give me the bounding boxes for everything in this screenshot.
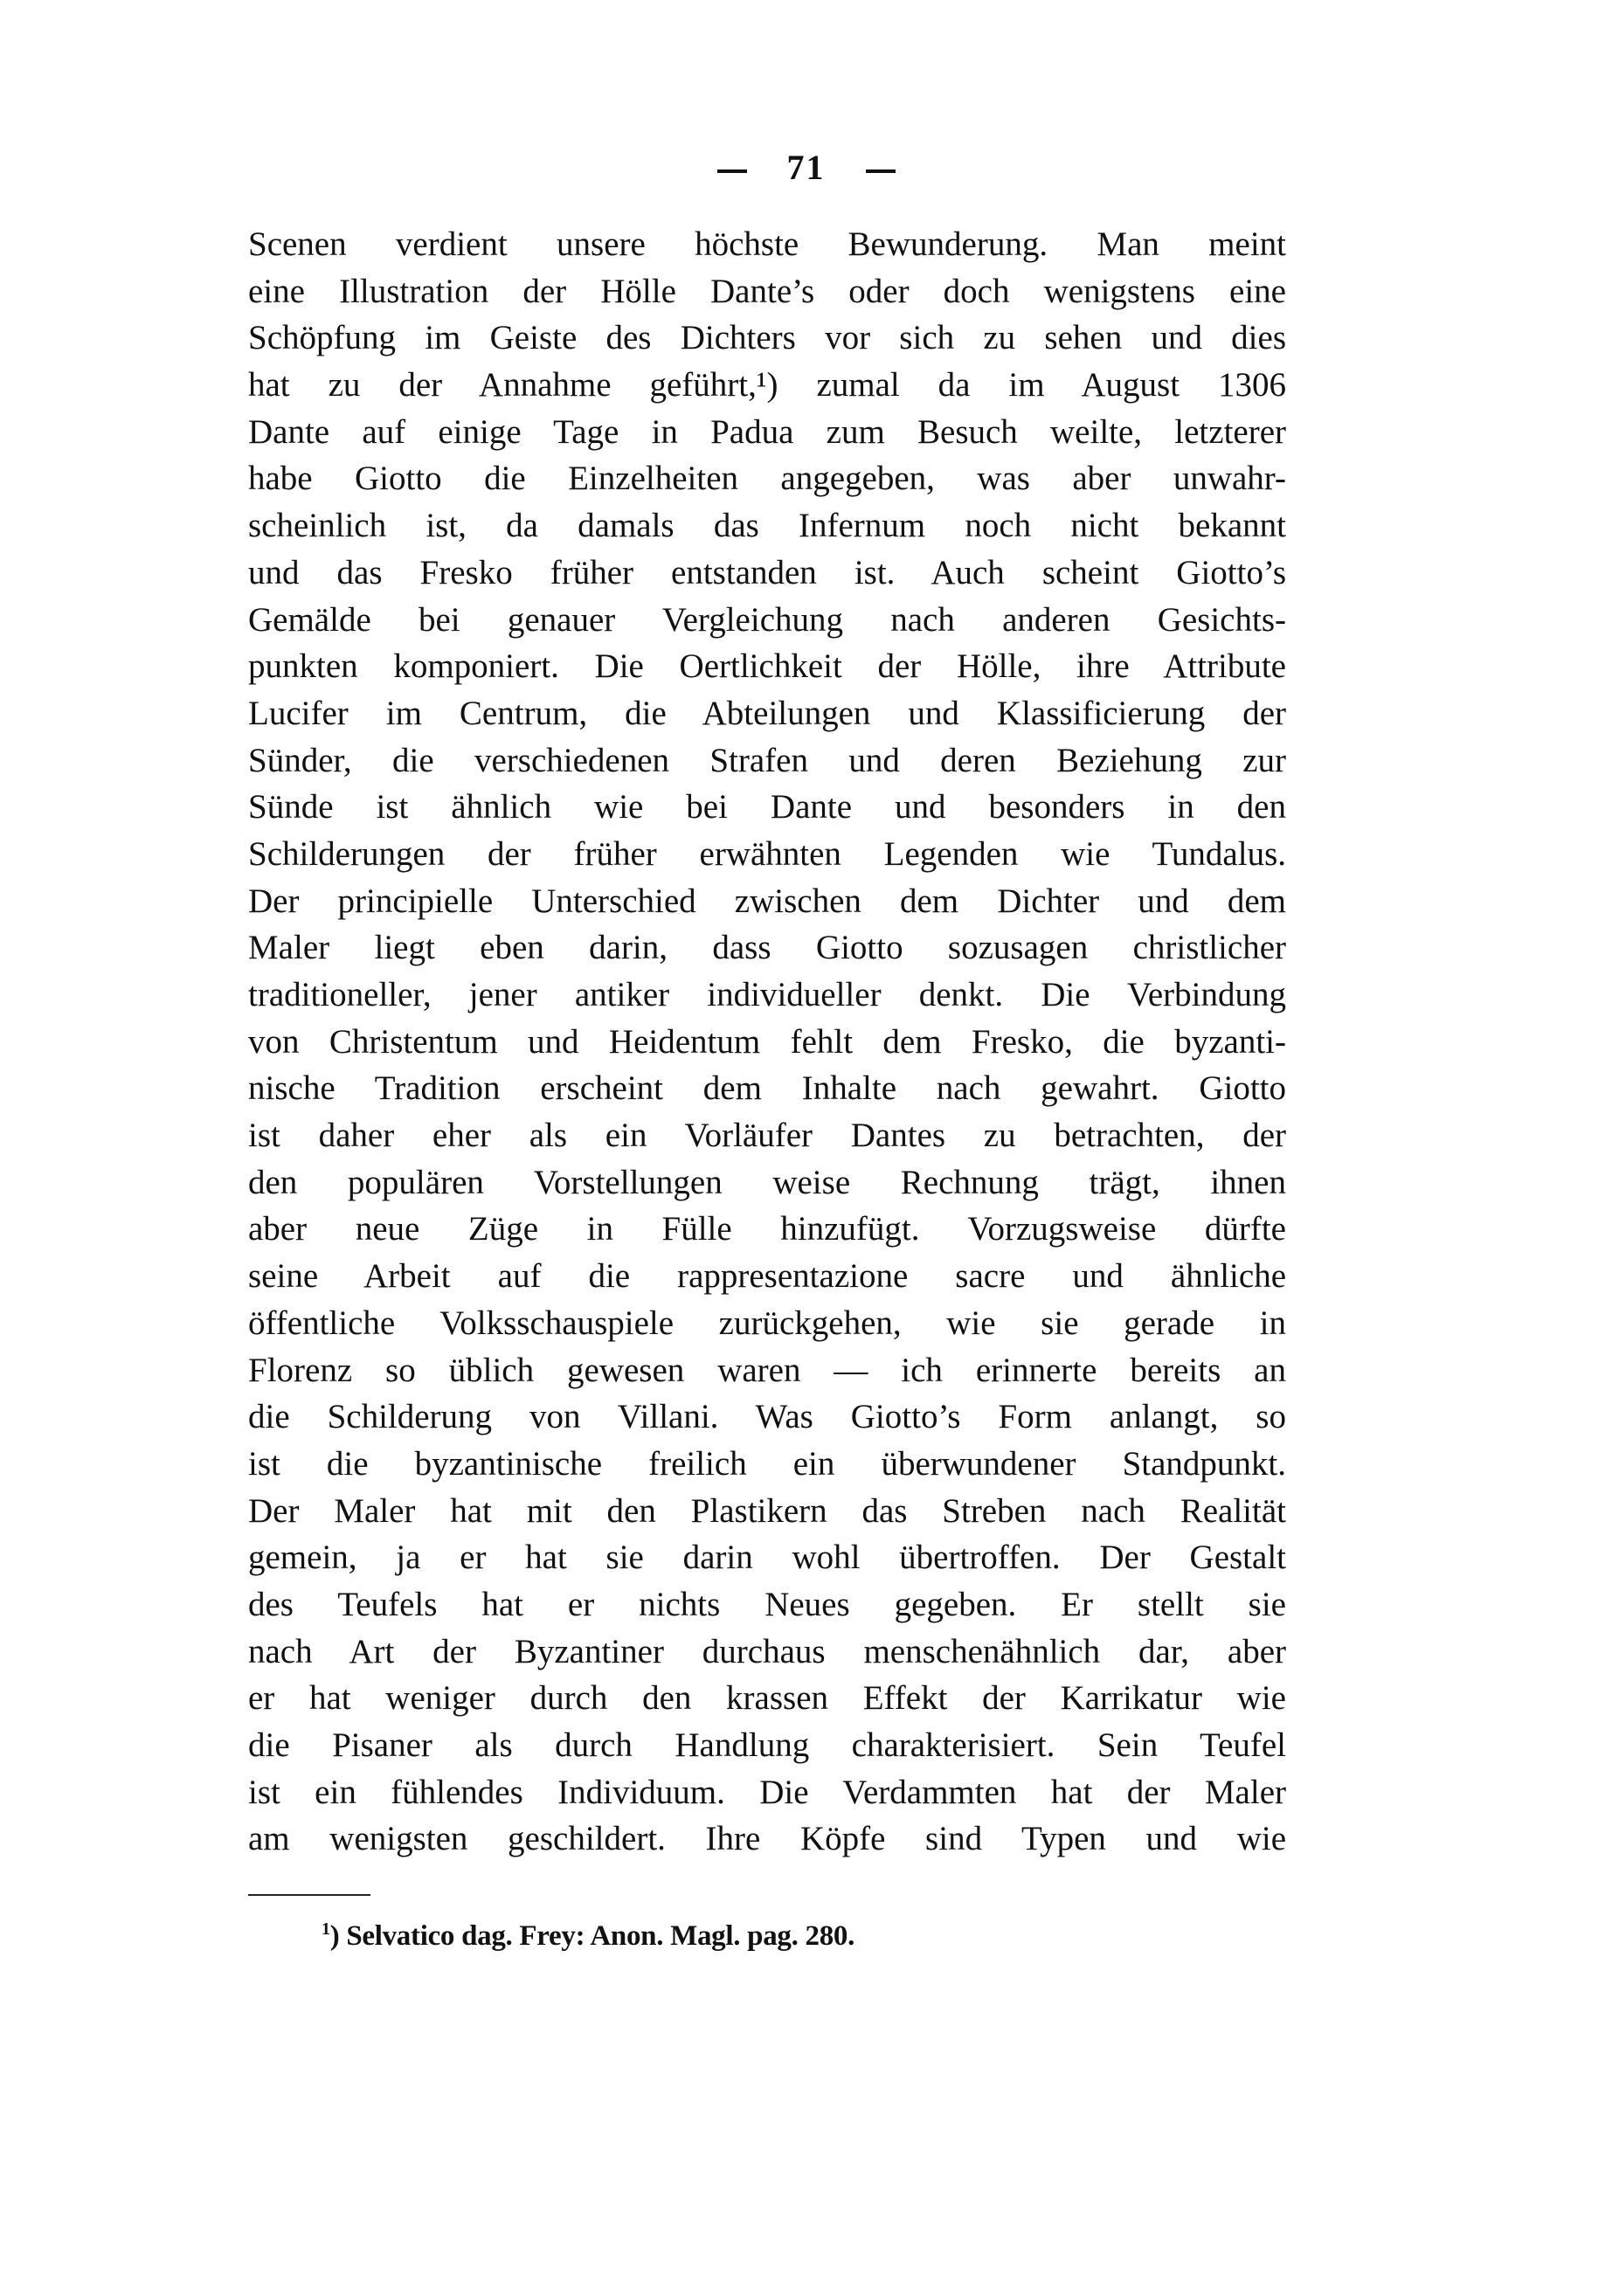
- text-line: nische Tradition erscheint dem Inhalte n…: [248, 1065, 1286, 1112]
- text-line: ist die byzantinische freilich ein überw…: [248, 1441, 1286, 1488]
- text-line: und das Fresko früher entstanden ist. Au…: [248, 550, 1286, 597]
- text-line: die Pisaner als durch Handlung charakter…: [248, 1722, 1286, 1769]
- text-line: ist ein fühlendes Individuum. Die Verdam…: [248, 1769, 1286, 1816]
- text-line: Sünde ist ähnlich wie bei Dante und beso…: [248, 784, 1286, 831]
- text-line: Scenen verdient unsere höchste Bewunderu…: [248, 221, 1286, 268]
- text-line: den populären Vorstellungen weise Rechnu…: [248, 1159, 1286, 1207]
- text-line: öffentliche Volksschauspiele zurückgehen…: [248, 1300, 1286, 1347]
- text-line: Schöpfung im Geiste des Dichters vor sic…: [248, 315, 1286, 362]
- text-line: Der principielle Unterschied zwischen de…: [248, 878, 1286, 925]
- text-line: Lucifer im Centrum, die Abteilungen und …: [248, 690, 1286, 737]
- text-line: des Teufels hat er nichts Neues gegeben.…: [248, 1581, 1286, 1629]
- text-line: nach Art der Byzantiner durchaus mensche…: [248, 1629, 1286, 1676]
- text-line: Gemälde bei genauer Vergleichung nach an…: [248, 597, 1286, 644]
- page-number-dash-left: [717, 169, 747, 173]
- text-line: aber neue Züge in Fülle hinzufügt. Vorzu…: [248, 1206, 1286, 1253]
- footnote-text: ) Selvatico dag. Frey: Anon. Magl. pag. …: [330, 1920, 854, 1952]
- text-line: seine Arbeit auf die rappresentazione sa…: [248, 1253, 1286, 1300]
- text-line: Der Maler hat mit den Plastikern das Str…: [248, 1488, 1286, 1535]
- text-line: er hat weniger durch den krassen Effekt …: [248, 1675, 1286, 1722]
- text-line: traditioneller, jener antiker individuel…: [248, 972, 1286, 1019]
- text-line: hat zu der Annahme geführt,¹) zumal da i…: [248, 362, 1286, 409]
- page-number-header: 71: [0, 147, 1612, 189]
- text-line: von Christentum und Heidentum fehlt dem …: [248, 1019, 1286, 1066]
- text-line: Dante auf einige Tage in Padua zum Besuc…: [248, 409, 1286, 456]
- text-line: Schilderungen der früher erwähnten Legen…: [248, 831, 1286, 878]
- text-line: am wenigsten geschildert. Ihre Köpfe sin…: [248, 1815, 1286, 1863]
- text-line: gemein, ja er hat sie darin wohl übertro…: [248, 1534, 1286, 1581]
- text-line: Florenz so üblich gewesen waren — ich er…: [248, 1347, 1286, 1394]
- footnote-marker: 1: [322, 1919, 330, 1939]
- body-text: Scenen verdient unsere höchste Bewunderu…: [248, 221, 1286, 1863]
- text-line: die Schilderung von Villani. Was Giotto’…: [248, 1394, 1286, 1441]
- footnote-divider: [248, 1894, 370, 1896]
- page-number: 71: [787, 148, 826, 187]
- text-line: punkten komponiert. Die Oertlichkeit der…: [248, 643, 1286, 690]
- footnote: 1) Selvatico dag. Frey: Anon. Magl. pag.…: [322, 1910, 854, 1955]
- text-line: habe Giotto die Einzelheiten angegeben, …: [248, 455, 1286, 502]
- page-number-dash-right: [866, 169, 896, 173]
- text-line: ist daher eher als ein Vorläufer Dantes …: [248, 1112, 1286, 1159]
- text-line: eine Illustration der Hölle Dante’s oder…: [248, 268, 1286, 315]
- text-line: scheinlich ist, da damals das Infernum n…: [248, 502, 1286, 550]
- text-line: Sünder, die verschiedenen Strafen und de…: [248, 737, 1286, 785]
- text-line: Maler liegt eben darin, dass Giotto sozu…: [248, 924, 1286, 972]
